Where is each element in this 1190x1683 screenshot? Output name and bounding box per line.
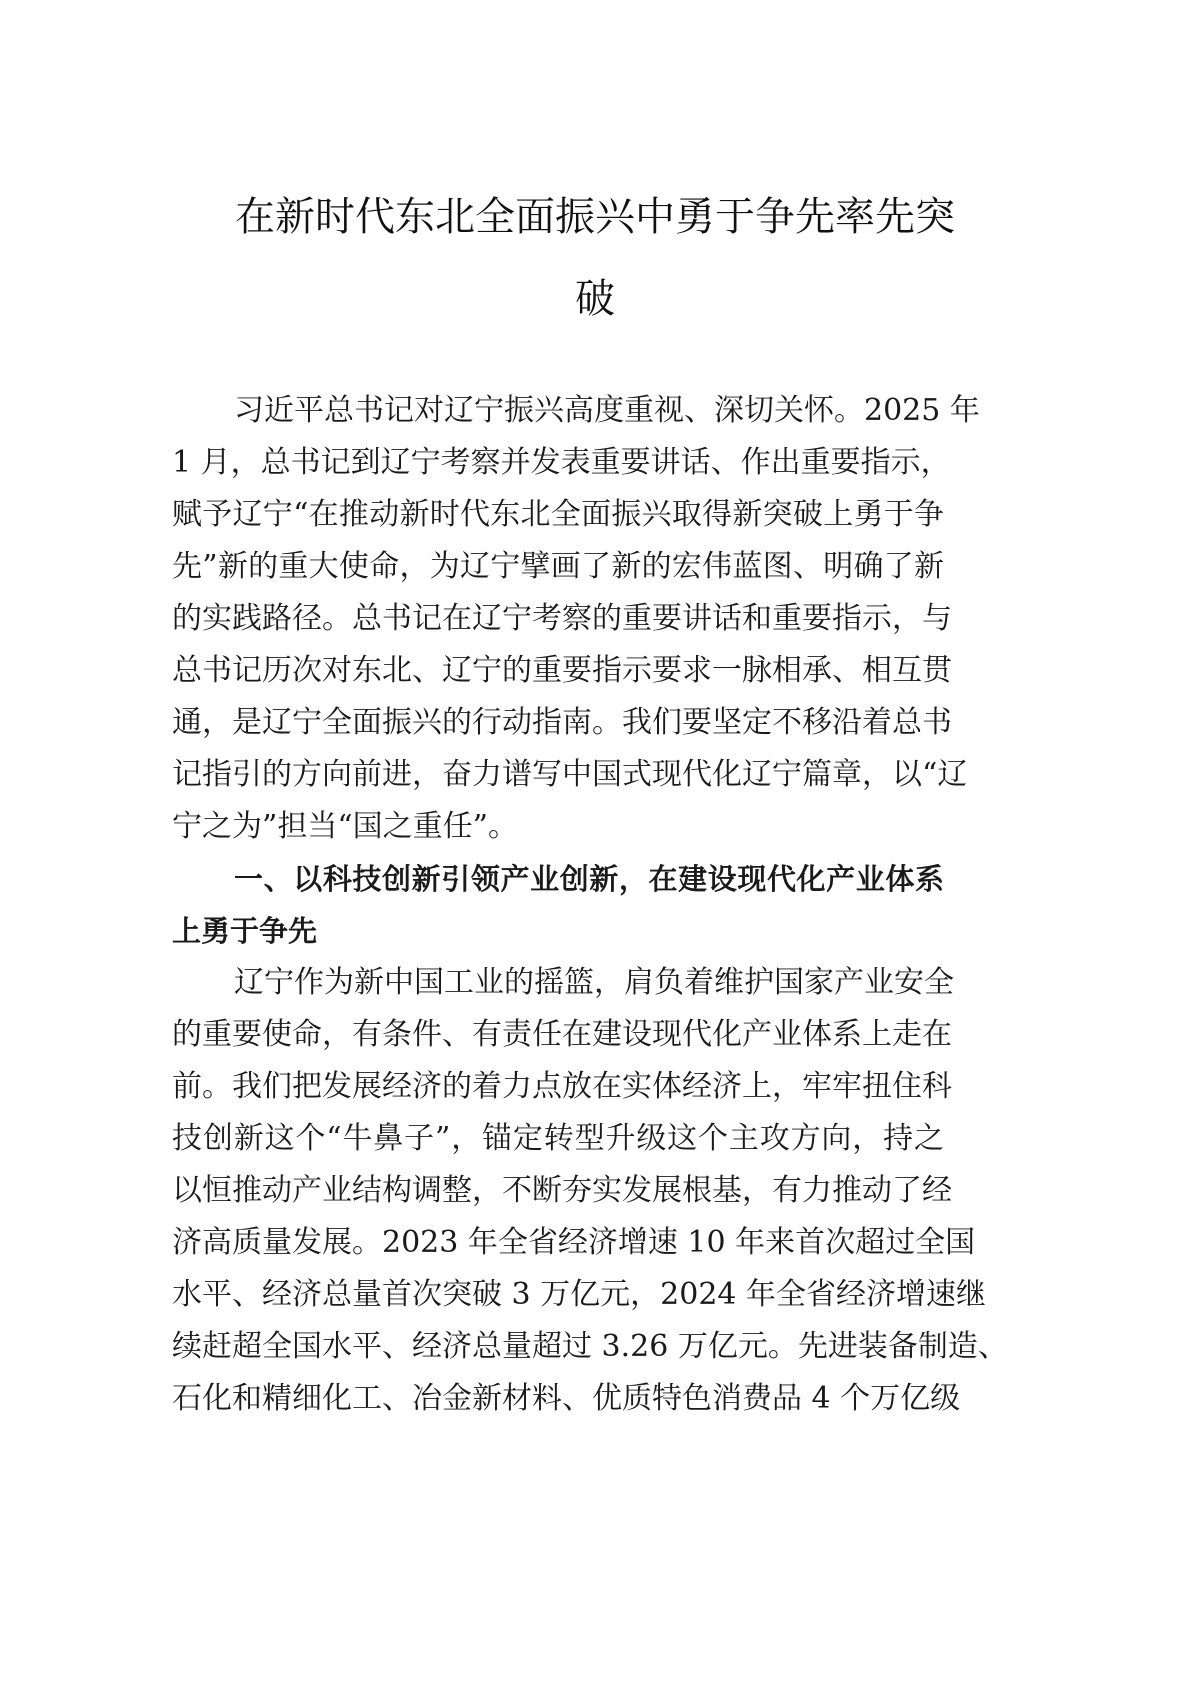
text-line: 1 月，总书记到辽宁考察并发表重要讲话、作出重要指示， xyxy=(172,437,944,489)
paragraph-intro: 习近平总书记对辽宁振兴高度重视、深切关怀。2025 年 1 月，总书记到辽宁考察… xyxy=(172,385,944,853)
text-line: 宁之为”担当“国之重任”。 xyxy=(172,801,944,853)
text-line: 记指引的方向前进，奋力谱写中国式现代化辽宁篇章，以“辽 xyxy=(172,749,944,801)
text-line: 辽宁作为新中国工业的摇篮，肩负着维护国家产业安全 xyxy=(172,957,944,1009)
text-line: 赋予辽宁“在推动新时代东北全面振兴取得新突破上勇于争 xyxy=(172,489,944,541)
document-page: 在新时代东北全面振兴中勇于争先率先突 破 习近平总书记对辽宁振兴高度重视、深切关… xyxy=(0,0,1190,1683)
paragraph-industry: 辽宁作为新中国工业的摇篮，肩负着维护国家产业安全 的重要使命，有条件、有责任在建… xyxy=(172,957,944,1425)
text-line: 的实践路径。总书记在辽宁考察的重要讲话和重要指示，与 xyxy=(172,593,944,645)
text-line: 以恒推动产业结构调整，不断夯实发展根基，有力推动了经 xyxy=(172,1165,944,1217)
heading-line: 上勇于争先 xyxy=(172,905,944,957)
title-line: 破 xyxy=(0,258,1190,340)
text-line: 总书记历次对东北、辽宁的重要指示要求一脉相承、相互贯 xyxy=(172,645,944,697)
text-line: 的重要使命，有条件、有责任在建设现代化产业体系上走在 xyxy=(172,1009,944,1061)
title-line: 在新时代东北全面振兴中勇于争先率先突 xyxy=(0,176,1190,258)
text-line: 先”新的重大使命，为辽宁擘画了新的宏伟蓝图、明确了新 xyxy=(172,541,944,593)
text-line: 续赶超全国水平、经济总量超过 3.26 万亿元。先进装备制造、 xyxy=(172,1321,944,1373)
section-heading-1: 一、以科技创新引领产业创新，在建设现代化产业体系 上勇于争先 xyxy=(172,853,944,957)
text-line: 习近平总书记对辽宁振兴高度重视、深切关怀。2025 年 xyxy=(172,385,944,437)
document-title: 在新时代东北全面振兴中勇于争先率先突 破 xyxy=(0,176,1190,340)
heading-line: 一、以科技创新引领产业创新，在建设现代化产业体系 xyxy=(172,853,944,905)
text-line: 济高质量发展。2023 年全省经济增速 10 年来首次超过全国 xyxy=(172,1217,944,1269)
text-line: 石化和精细化工、冶金新材料、优质特色消费品 4 个万亿级 xyxy=(172,1373,944,1425)
text-line: 前。我们把发展经济的着力点放在实体经济上，牢牢扭住科 xyxy=(172,1061,944,1113)
text-line: 水平、经济总量首次突破 3 万亿元，2024 年全省经济增速继 xyxy=(172,1269,944,1321)
text-line: 技创新这个“牛鼻子”，锚定转型升级这个主攻方向，持之 xyxy=(172,1113,944,1165)
text-line: 通，是辽宁全面振兴的行动指南。我们要坚定不移沿着总书 xyxy=(172,697,944,749)
